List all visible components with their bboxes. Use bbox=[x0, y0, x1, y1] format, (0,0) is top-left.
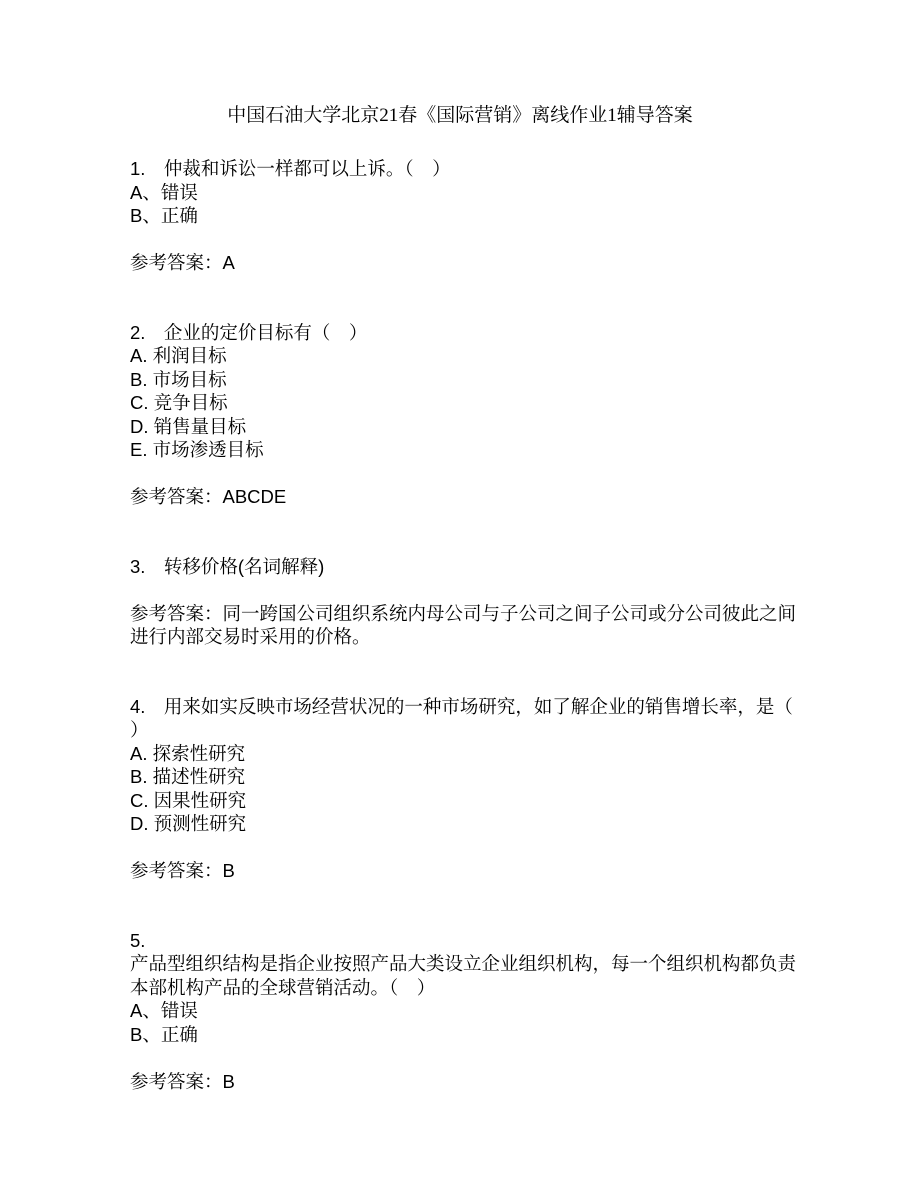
question-3-answer-line-1: 参考答案：同一跨国公司组织系统内母公司与子公司之间子公司或分公司彼此之间 bbox=[130, 602, 820, 626]
question-4-option-a: A. 探索性研究 bbox=[130, 742, 820, 766]
question-2-option-d: D. 销售量目标 bbox=[130, 415, 820, 439]
questions-list: 1. 仲裁和诉讼一样都可以上诉。（ ） A、错误 B、正确 参考答案：A 2. … bbox=[130, 157, 820, 1093]
question-2-option-c: C. 竞争目标 bbox=[130, 391, 820, 415]
question-4-answer-line: 参考答案：B bbox=[130, 859, 820, 883]
question-1-answer: 参考答案：A bbox=[130, 251, 820, 275]
question-2-answer: 参考答案：ABCDE bbox=[130, 485, 820, 509]
question-5: 5. 产品型组织结构是指企业按照产品大类设立企业组织机构，每一个组织机构都负责 … bbox=[130, 929, 820, 1094]
question-5-answer-line: 参考答案：B bbox=[130, 1070, 820, 1094]
question-2-option-e: E. 市场渗透目标 bbox=[130, 438, 820, 462]
question-3-stem: 3. 转移价格(名词解释) bbox=[130, 555, 820, 579]
question-5-stem-line-1: 产品型组织结构是指企业按照产品大类设立企业组织机构，每一个组织机构都负责 bbox=[130, 952, 820, 976]
question-5-answer: 参考答案：B bbox=[130, 1070, 820, 1094]
question-1-answer-line: 参考答案：A bbox=[130, 251, 820, 275]
document-title: 中国石油大学北京21春《国际营销》离线作业1辅导答案 bbox=[0, 0, 920, 128]
question-1-option-b: B、正确 bbox=[130, 204, 820, 228]
question-4-answer: 参考答案：B bbox=[130, 859, 820, 883]
question-3: 3. 转移价格(名词解释) 参考答案：同一跨国公司组织系统内母公司与子公司之间子… bbox=[130, 555, 820, 649]
question-1-option-a: A、错误 bbox=[130, 181, 820, 205]
question-4: 4. 用来如实反映市场经营状况的一种市场研究，如了解企业的销售增长率，是（ ） … bbox=[130, 695, 820, 883]
question-4-stem-line-2: ） bbox=[130, 718, 820, 742]
question-4-option-b: B. 描述性研究 bbox=[130, 765, 820, 789]
question-2-option-a: A. 利润目标 bbox=[130, 344, 820, 368]
question-2-answer-line: 参考答案：ABCDE bbox=[130, 485, 820, 509]
question-2-stem: 2. 企业的定价目标有（ ） bbox=[130, 321, 820, 345]
question-5-stem-line-2: 本部机构产品的全球营销活动。（ ） bbox=[130, 976, 820, 1000]
question-5-number: 5. bbox=[130, 929, 820, 953]
question-5-option-a: A、错误 bbox=[130, 999, 820, 1023]
question-2: 2. 企业的定价目标有（ ） A. 利润目标 B. 市场目标 C. 竞争目标 D… bbox=[130, 321, 820, 509]
question-4-stem-line-1: 4. 用来如实反映市场经营状况的一种市场研究，如了解企业的销售增长率，是（ bbox=[130, 695, 820, 719]
question-5-option-b: B、正确 bbox=[130, 1023, 820, 1047]
question-4-option-c: C. 因果性研究 bbox=[130, 789, 820, 813]
document-page: 中国石油大学北京21春《国际营销》离线作业1辅导答案 1. 仲裁和诉讼一样都可以… bbox=[0, 0, 920, 1191]
question-3-answer-line-2: 进行内部交易时采用的价格。 bbox=[130, 625, 820, 649]
question-3-answer: 参考答案：同一跨国公司组织系统内母公司与子公司之间子公司或分公司彼此之间 进行内… bbox=[130, 602, 820, 649]
question-4-option-d: D. 预测性研究 bbox=[130, 812, 820, 836]
question-1-stem: 1. 仲裁和诉讼一样都可以上诉。（ ） bbox=[130, 157, 820, 181]
question-1: 1. 仲裁和诉讼一样都可以上诉。（ ） A、错误 B、正确 参考答案：A bbox=[130, 157, 820, 275]
question-2-option-b: B. 市场目标 bbox=[130, 368, 820, 392]
